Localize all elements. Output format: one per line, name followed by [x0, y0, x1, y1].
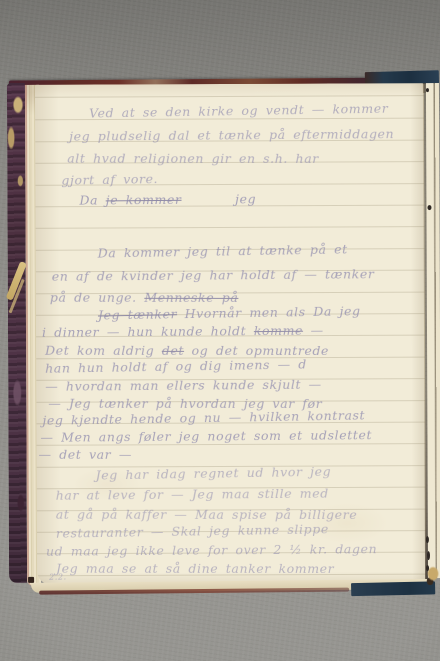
handwriting-line: restauranter — Skal jeg kunne slippe — [56, 521, 329, 541]
handwriting-text: — hvordan man ellers kunde skjult — — [45, 377, 322, 394]
handwriting-layer: Ved at se den kirke og vendt — kommerjeg… — [35, 83, 426, 585]
ink-speck — [427, 551, 430, 560]
ink-speck — [426, 88, 429, 92]
struck-handwriting-text: je kommer — [106, 191, 228, 207]
handwriting-line: 2.2. — [49, 572, 67, 581]
handwriting-line: en af de kvinder jeg har holdt af — tænk… — [52, 266, 375, 284]
handwriting-line: i dinner — hun kunde holdt komme — — [42, 323, 324, 340]
struck-handwriting-text: Menneske på — [144, 290, 238, 305]
handwriting-text: på de unge. — [50, 290, 144, 305]
cover-left-edge — [7, 83, 27, 583]
photo-background: Ved at se den kirke og vendt — kommerjeg… — [0, 0, 440, 661]
handwriting-line: Da je kommer jeg — [79, 191, 256, 207]
handwriting-line: Det kom aldrig det og det opmuntrede — [45, 343, 329, 358]
handwriting-text: en af de kvinder jeg har holdt af — tænk… — [52, 266, 375, 284]
struck-handwriting-text: det — [162, 343, 184, 358]
handwriting-line: Jeg maa se at så dine tanker kommer — [56, 561, 334, 576]
handwriting-text: restauranter — Skal jeg kunne slippe — [56, 521, 329, 541]
handwriting-text: ud maa jeg ikke leve for over 2 ½ kr. da… — [46, 541, 377, 559]
handwriting-text: Ved at se den kirke og vendt — kommer — [89, 101, 388, 121]
handwriting-line: han hun holdt af og dig imens — d — [45, 356, 307, 375]
cover-bottom-navy-edge — [351, 581, 435, 596]
handwriting-line: — Men angs føler jeg noget som et udslet… — [40, 427, 372, 445]
handwriting-text: Da — [79, 192, 105, 207]
handwriting-line: gjort af vore. — [61, 171, 158, 188]
handwriting-line: ud maa jeg ikke leve for over 2 ½ kr. da… — [46, 541, 377, 559]
notebook: Ved at se den kirke og vendt — kommerjeg… — [0, 0, 440, 661]
notebook-page: Ved at se den kirke og vendt — kommerjeg… — [35, 83, 426, 585]
handwriting-line: har at leve for — Jeg maa stille med — [56, 486, 329, 503]
handwriting-text: og det opmuntrede — [184, 343, 329, 358]
ink-speck — [426, 565, 429, 571]
handwriting-line: — det var — — [39, 447, 132, 462]
handwriting-text: — det var — — [39, 447, 132, 462]
handwriting-text: Jeg maa se at så dine tanker kommer — [56, 561, 334, 576]
handwriting-text: jeg pludselig dal et tænke på eftermidda… — [69, 126, 394, 144]
handwriting-line: Da kommer jeg til at tænke på et — [98, 241, 348, 260]
handwriting-line: på de unge. Menneske på — [50, 290, 239, 305]
handwriting-text: har at leve for — Jeg maa stille med — [56, 486, 329, 503]
handwriting-text: at gå på kaffer — Maa spise på billigere — [56, 507, 357, 522]
ink-speck — [426, 536, 429, 543]
handwriting-text: Det kom aldrig — [45, 343, 162, 358]
handwriting-text: han hun holdt af og dig imens — d — [45, 356, 307, 375]
struck-handwriting-text: Jeg tænker — [98, 306, 177, 322]
worn-notch — [28, 577, 34, 583]
handwriting-text: Jeg har idag regnet ud hvor jeg — [96, 464, 332, 483]
handwriting-text: — — [303, 323, 324, 338]
handwriting-line: jeg pludselig dal et tænke på eftermidda… — [69, 126, 394, 144]
handwriting-line: alt hvad religionen gir en s.h. har — [67, 151, 319, 166]
handwriting-text: — Men angs føler jeg noget som et udslet… — [40, 427, 372, 445]
ink-speck — [427, 205, 431, 210]
struck-handwriting-text: komme — [254, 323, 303, 338]
handwriting-line: Ved at se den kirke og vendt — kommer — [89, 101, 388, 121]
facing-page-edge — [426, 83, 440, 578]
handwriting-text: jeg — [227, 191, 256, 206]
handwriting-text: gjort af vore. — [61, 171, 158, 188]
handwriting-line: Jeg tænker Hvornår men als Da jeg — [98, 303, 361, 322]
handwriting-line: — hvordan man ellers kunde skjult — — [45, 377, 322, 394]
handwriting-line: at gå på kaffer — Maa spise på billigere — [56, 507, 357, 522]
handwriting-text: 2.2. — [49, 572, 67, 581]
handwriting-line: Jeg har idag regnet ud hvor jeg — [96, 464, 332, 483]
handwriting-text: Da kommer jeg til at tænke på et — [98, 241, 348, 260]
handwriting-text: alt hvad religionen gir en s.h. har — [67, 151, 319, 166]
handwriting-text: i dinner — hun kunde holdt — [42, 323, 254, 340]
handwriting-text: Hvornår men als Da jeg — [177, 303, 361, 321]
